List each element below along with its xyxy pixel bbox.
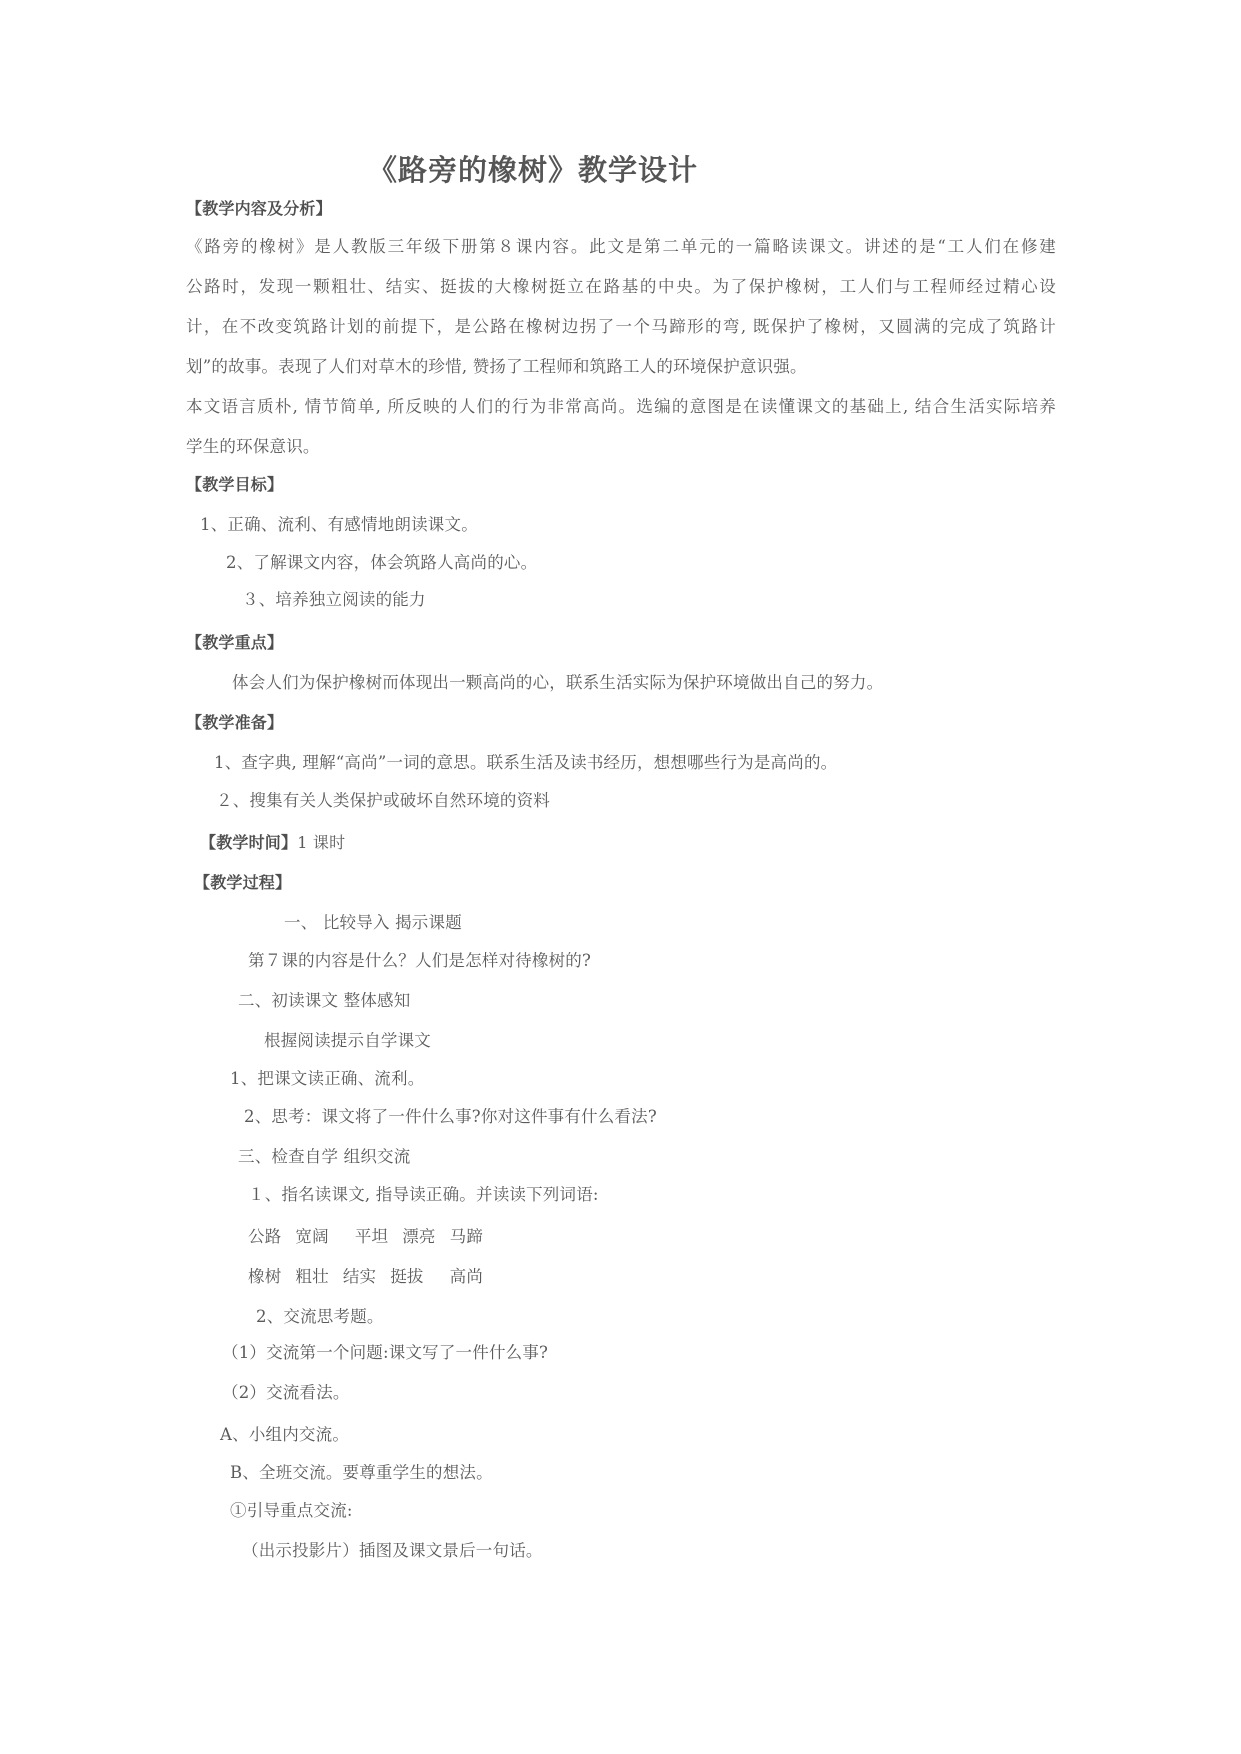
process-line: 第７课的内容是什么？人们是怎样对待橡树的? [248,950,591,972]
objective-item: ３、培养独立阅读的能力 [242,589,426,611]
key-points-text: 体会人们为保护橡树而体现出一颗高尚的心，联系生活实际为保护环境做出自己的努力。 [232,672,883,694]
objective-item: 1、正确、流利、有感情地朗读课文。 [200,514,478,536]
process-line: 根握阅读提示自学课文 [264,1030,431,1052]
document-page: 《路旁的橡树》教学设计 【教学内容及分析】 《路旁的橡树》是人教版三年级下册第８… [0,0,1241,1754]
paragraph-line: 公路时，发现一颗粗壮、结实、挺拔的大橡树挺立在路基的中央。为了保护橡树，工人们与… [186,276,1056,298]
preparation-item: ２、搜集有关人类保护或破坏自然环境的资料 [216,790,550,812]
vocab-word: 宽阔 [295,1227,328,1246]
process-line: B、全班交流。要尊重学生的想法。 [230,1462,493,1484]
heading-objectives: 【教学目标】 [186,474,283,496]
vocab-word: 高尚 [450,1267,483,1286]
vocab-word: 结实 [343,1267,376,1286]
time-value: 1 课时 [297,833,345,852]
process-line: 三、检查自学 组织交流 [238,1146,410,1168]
process-line: １、指名读课文, 指导读正确。并读读下列词语: [248,1184,599,1206]
preparation-item: 1、查字典, 理解“高尚”一词的意思。联系生活及读书经历，想想哪些行为是高尚的。 [214,752,837,774]
teaching-time: 【教学时间】1 课时 [200,832,345,854]
vocab-row: 橡树粗壮结实挺拔高尚 [248,1266,483,1288]
heading-key-points: 【教学重点】 [186,632,283,654]
heading-content-analysis: 【教学内容及分析】 [186,198,332,220]
process-line: A、小组内交流。 [220,1424,349,1446]
vocab-word: 橡树 [248,1267,281,1286]
process-line: （1）交流第一个问题:课文写了一件什么事? [222,1342,548,1364]
vocab-word: 公路 [248,1227,281,1246]
process-line: （出示投影片）插图及课文景后一句话。 [242,1540,543,1562]
vocab-word: 马蹄 [450,1227,483,1246]
process-line: 一、 比较导入 揭示课题 [284,912,462,934]
process-line: ①引导重点交流: [230,1500,353,1522]
heading-time: 【教学时间】 [200,833,297,852]
vocab-word: 挺拔 [390,1267,423,1286]
process-line: （2）交流看法。 [222,1382,350,1404]
paragraph-line: 《路旁的橡树》是人教版三年级下册第８课内容。此文是第二单元的一篇略读课文。讲述的… [186,236,1056,258]
process-line: 二、初读课文 整体感知 [238,990,410,1012]
vocab-word: 漂亮 [402,1227,435,1246]
paragraph-line: 计，在不改变筑路计划的前提下，是公路在橡树边拐了一个马蹄形的弯, 既保护了橡树，… [186,316,1056,338]
objective-item: 2、了解课文内容，体会筑路人高尚的心。 [226,552,537,574]
vocab-word: 粗壮 [295,1267,328,1286]
paragraph-line: 学生的环保意识。 [186,436,320,458]
process-line: 1、把课文读正确、流利。 [230,1068,424,1090]
vocab-word: 平坦 [355,1227,388,1246]
document-title: 《路旁的橡树》教学设计 [368,150,698,190]
paragraph-line: 本文语言质朴, 情节简单, 所反映的人们的行为非常高尚。选编的意图是在读懂课文的… [186,396,1056,418]
process-line: 2、思考：课文将了一件什么事?你对这件事有什么看法? [244,1106,657,1128]
heading-preparation: 【教学准备】 [186,712,283,734]
vocab-row: 公路宽阔平坦漂亮马蹄 [248,1226,483,1248]
paragraph-line: 划”的故事。表现了人们对草木的珍惜, 赞扬了工程师和筑路工人的环境保护意识强。 [186,356,807,378]
heading-process: 【教学过程】 [194,872,291,894]
process-line: 2、交流思考题。 [256,1306,384,1328]
